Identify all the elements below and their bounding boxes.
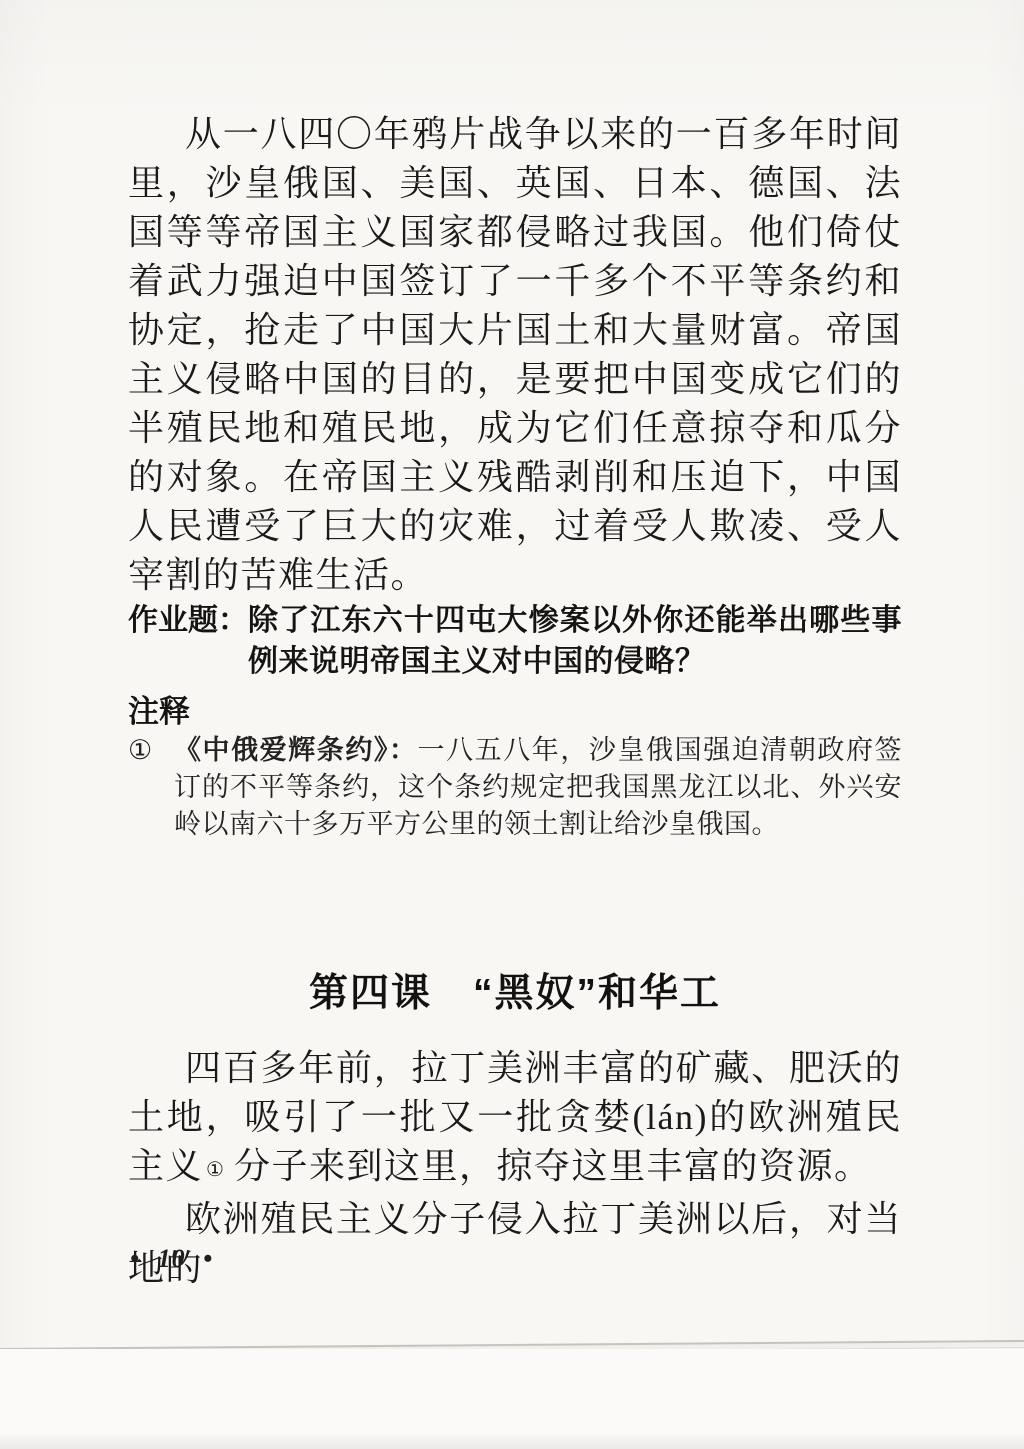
footnote-number: ① xyxy=(128,732,174,843)
footnote-body: 《中俄爱辉条约》：一八五八年，沙皇俄国强迫清朝政府签订的不平等条约，这个条约规定… xyxy=(174,732,902,843)
scanned-book-page: 从一八四〇年鸦片战争以来的一百多年时间里，沙皇俄国、美国、英国、日本、德国、法国… xyxy=(0,0,1024,1449)
lesson-paragraph-1: 四百多年前，拉丁美洲丰富的矿藏、肥沃的土地，吸引了一批又一批贪婪(lán)的欧洲… xyxy=(128,1044,902,1195)
intro-paragraph-block: 从一八四〇年鸦片战争以来的一百多年时间里，沙皇俄国、美国、英国、日本、德国、法国… xyxy=(128,110,902,600)
homework-question: 除了江东六十四屯大惨案以外你还能举出哪些事例来说明帝国主义对中国的侵略？ xyxy=(248,600,902,682)
footnote-term: 《中俄爱辉条约》： xyxy=(174,735,418,765)
homework-label: 作业题： xyxy=(128,600,248,682)
page-number: • 10 • xyxy=(130,1244,213,1274)
homework-section: 作业题： 除了江东六十四屯大惨案以外你还能举出哪些事例来说明帝国主义对中国的侵略… xyxy=(128,600,902,682)
intro-paragraph: 从一八四〇年鸦片战争以来的一百多年时间里，沙皇俄国、美国、英国、日本、德国、法国… xyxy=(128,110,902,600)
lesson-body: 四百多年前，拉丁美洲丰富的矿藏、肥沃的土地，吸引了一批又一批贪婪(lán)的欧洲… xyxy=(128,1044,902,1293)
lesson-title: 第四课 “黑奴”和华工 xyxy=(128,962,902,1018)
notes-heading: 注释 xyxy=(128,686,902,731)
lesson-paragraph-1-text-cont: 分子来到这里，掠夺这里丰富的资源。 xyxy=(234,1146,872,1186)
scan-bottom-shadow xyxy=(0,1433,1024,1449)
footnote-ref-mark: ① xyxy=(206,1159,224,1181)
lesson-paragraph-2: 欧洲殖民主义分子侵入拉丁美洲以后，对当地的 xyxy=(128,1195,902,1293)
note-item: ① 《中俄爱辉条约》：一八五八年，沙皇俄国强迫清朝政府签订的不平等条约，这个条约… xyxy=(128,732,902,843)
